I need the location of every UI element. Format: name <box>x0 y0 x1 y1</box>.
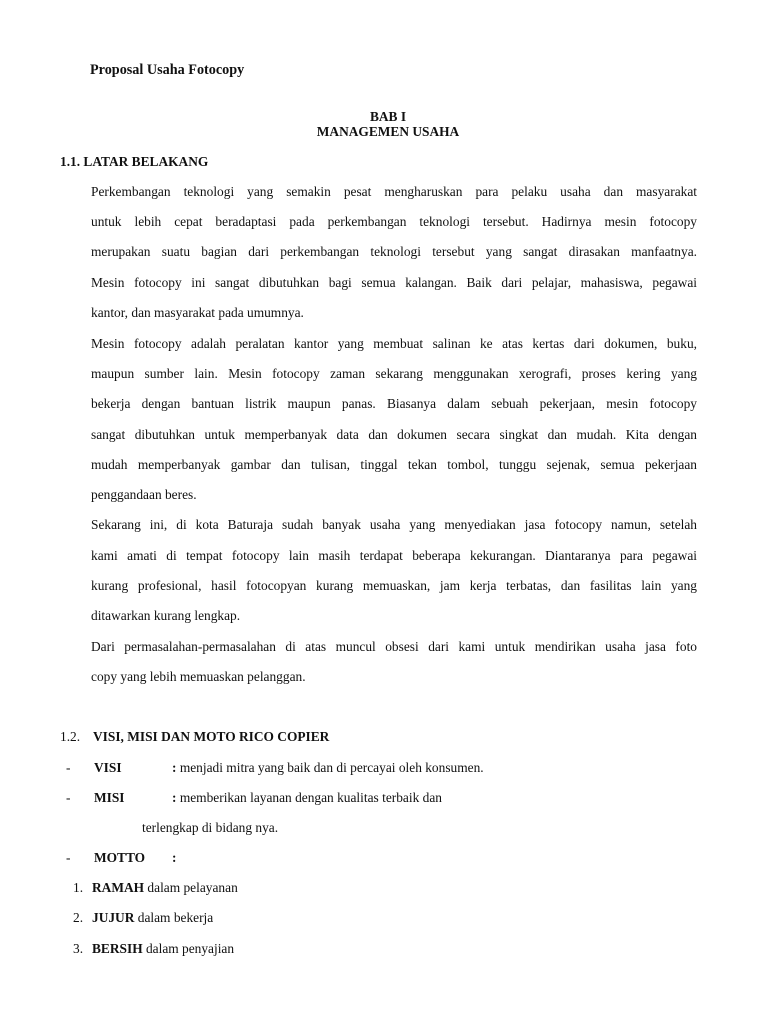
paragraph-line: merupakan suatu bagian dari perkembangan… <box>91 244 697 260</box>
visi-label: VISI <box>94 760 122 776</box>
paragraph-line: penggandaan beres. <box>91 487 697 503</box>
motto-item-text: JUJUR dalam bekerja <box>92 910 213 926</box>
section-heading-visi-misi: VISI, MISI DAN MOTO RICO COPIER <box>93 729 329 745</box>
paragraph-line: Dari permasalahan-permasalahan di atas m… <box>91 639 697 655</box>
motto-item-text: BERSIH dalam penyajian <box>92 941 234 957</box>
motto-label: MOTTO <box>94 850 145 866</box>
section-number: 1.2. <box>60 729 80 745</box>
paragraph-line: kantor, dan masyarakat pada umumnya. <box>91 305 697 321</box>
motto-item-number: 2. <box>73 910 83 926</box>
misi-label: MISI <box>94 790 125 806</box>
section-heading-latar-belakang: 1.1. LATAR BELAKANG <box>60 154 208 170</box>
bullet-dash: - <box>66 850 70 866</box>
motto-description: dalam bekerja <box>134 910 213 925</box>
paragraph-line: Sekarang ini, di kota Baturaja sudah ban… <box>91 517 697 533</box>
visi-value: : menjadi mitra yang baik dan di percaya… <box>172 760 484 776</box>
paragraph-line: kami amati di tempat fotocopy lain masih… <box>91 548 697 564</box>
motto-description: dalam pelayanan <box>144 880 238 895</box>
misi-text: memberikan layanan dengan kualitas terba… <box>180 790 442 805</box>
paragraph-line: ditawarkan kurang lengkap. <box>91 608 697 624</box>
colon: : <box>172 760 176 775</box>
paragraph-line: maupun sumber lain. Mesin fotocopy zaman… <box>91 366 697 382</box>
chapter-title: MANAGEMEN USAHA <box>0 124 768 140</box>
document-title: Proposal Usaha Fotocopy <box>90 62 244 79</box>
motto-keyword: RAMAH <box>92 880 144 895</box>
paragraph-line: bekerja dengan bantuan listrik maupun pa… <box>91 396 697 412</box>
motto-colon: : <box>172 850 176 866</box>
visi-text: menjadi mitra yang baik dan di percayai … <box>180 760 484 775</box>
colon: : <box>172 790 176 805</box>
paragraph-line: kurang profesional, hasil fotocopyan kur… <box>91 578 697 594</box>
paragraph-line: Mesin fotocopy adalah peralatan kantor y… <box>91 336 697 352</box>
motto-keyword: BERSIH <box>92 941 143 956</box>
misi-continuation: terlengkap di bidang nya. <box>142 820 278 836</box>
motto-item-number: 3. <box>73 941 83 957</box>
paragraph-line: Perkembangan teknologi yang semakin pesa… <box>91 184 697 200</box>
bullet-dash: - <box>66 790 70 806</box>
paragraph-line: Mesin fotocopy ini sangat dibutuhkan bag… <box>91 275 697 291</box>
chapter-number: BAB I <box>0 109 768 125</box>
paragraph-line: sangat dibutuhkan untuk memperbanyak dat… <box>91 427 697 443</box>
misi-value: : memberikan layanan dengan kualitas ter… <box>172 790 442 806</box>
motto-item-number: 1. <box>73 880 83 896</box>
paragraph-line: untuk lebih cepat beradaptasi pada perke… <box>91 214 697 230</box>
motto-description: dalam penyajian <box>143 941 234 956</box>
motto-item-text: RAMAH dalam pelayanan <box>92 880 238 896</box>
bullet-dash: - <box>66 760 70 776</box>
motto-keyword: JUJUR <box>92 910 134 925</box>
paragraph-line: copy yang lebih memuaskan pelanggan. <box>91 669 697 685</box>
paragraph-line: mudah memperbanyak gambar dan tulisan, t… <box>91 457 697 473</box>
